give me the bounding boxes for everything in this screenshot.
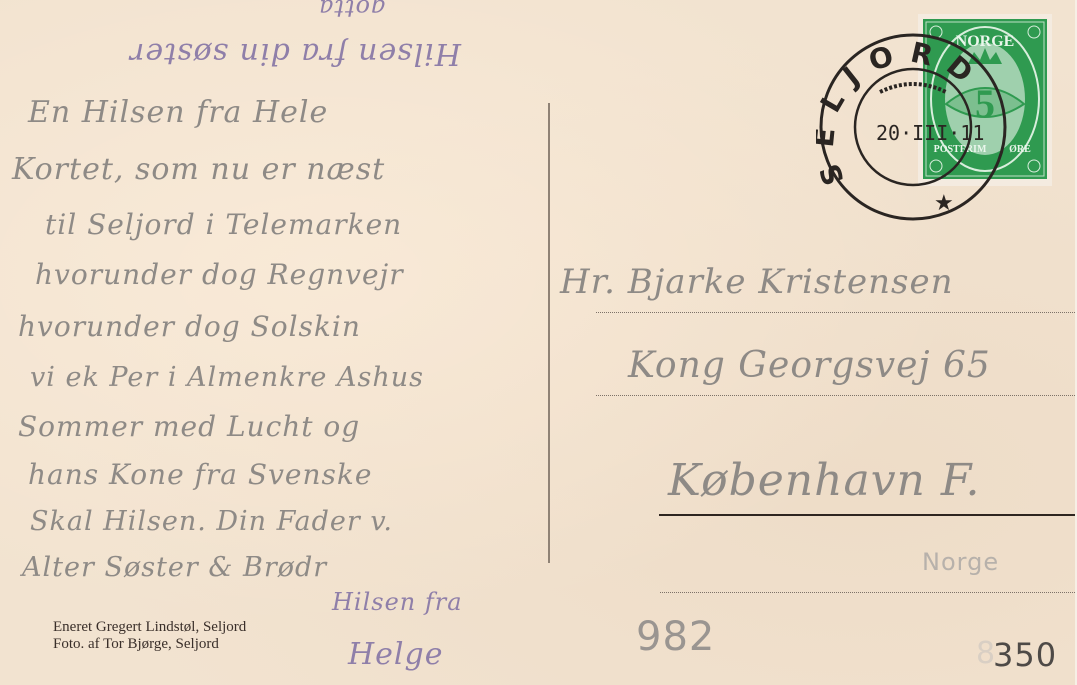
postmark: SELJORD 20·III·11 ★ — [816, 30, 1010, 224]
publisher-imprint: Eneret Gregert Lindstøl, Seljord Foto. a… — [53, 619, 246, 653]
postmark-icon: SELJORD 20·III·11 ★ — [816, 30, 1010, 224]
postcard-back: Hilsen fra din søster gotta En Hilsen fr… — [0, 0, 1077, 685]
imprint-line-2: Foto. af Tor Bjørge, Seljord — [53, 636, 246, 653]
address-line-2 — [596, 395, 1075, 396]
message-line: hvorunder dog Regnvejr — [35, 258, 404, 291]
message-line: til Seljord i Telemarken — [45, 208, 402, 241]
message-line: hvorunder dog Solskin — [18, 310, 361, 343]
message-line: Kortet, som nu er næst — [12, 152, 385, 187]
address-city: København F. — [668, 455, 981, 506]
price-annotation: 350 — [993, 636, 1057, 674]
address-recipient: Hr. Bjarke Kristensen — [560, 262, 954, 302]
message-line: hans Kone fra Svenske — [28, 458, 372, 491]
svg-text:★: ★ — [934, 191, 954, 216]
country-annotation: Norge — [922, 548, 999, 576]
postscript-signature: Helge — [348, 637, 443, 672]
upside-down-signature: gotta — [318, 0, 386, 22]
address-line-3 — [659, 514, 1075, 516]
postscript-line: Hilsen fra — [332, 588, 463, 616]
address-line-1 — [596, 312, 1075, 313]
message-line: vi ek Per i Almenkre Ashus — [30, 362, 424, 393]
catalog-number: 982 — [636, 614, 715, 660]
svg-text:SELJORD: SELJORD — [816, 36, 990, 190]
message-line: Skal Hilsen. Din Fader v. — [30, 506, 393, 537]
message-line: En Hilsen fra Hele — [28, 95, 328, 130]
svg-text:ØRE: ØRE — [1009, 144, 1031, 155]
message-line: Sommer med Lucht og — [18, 410, 360, 443]
upside-down-greeting: Hilsen fra din søster — [60, 36, 530, 71]
svg-text:20·III·11: 20·III·11 — [876, 121, 984, 145]
message-line: Alter Søster & Brødr — [22, 552, 327, 583]
imprint-line-1: Eneret Gregert Lindstøl, Seljord — [53, 619, 246, 636]
center-divider — [548, 103, 550, 563]
address-line-4 — [660, 592, 1075, 593]
address-street: Kong Georgsvej 65 — [628, 345, 991, 386]
